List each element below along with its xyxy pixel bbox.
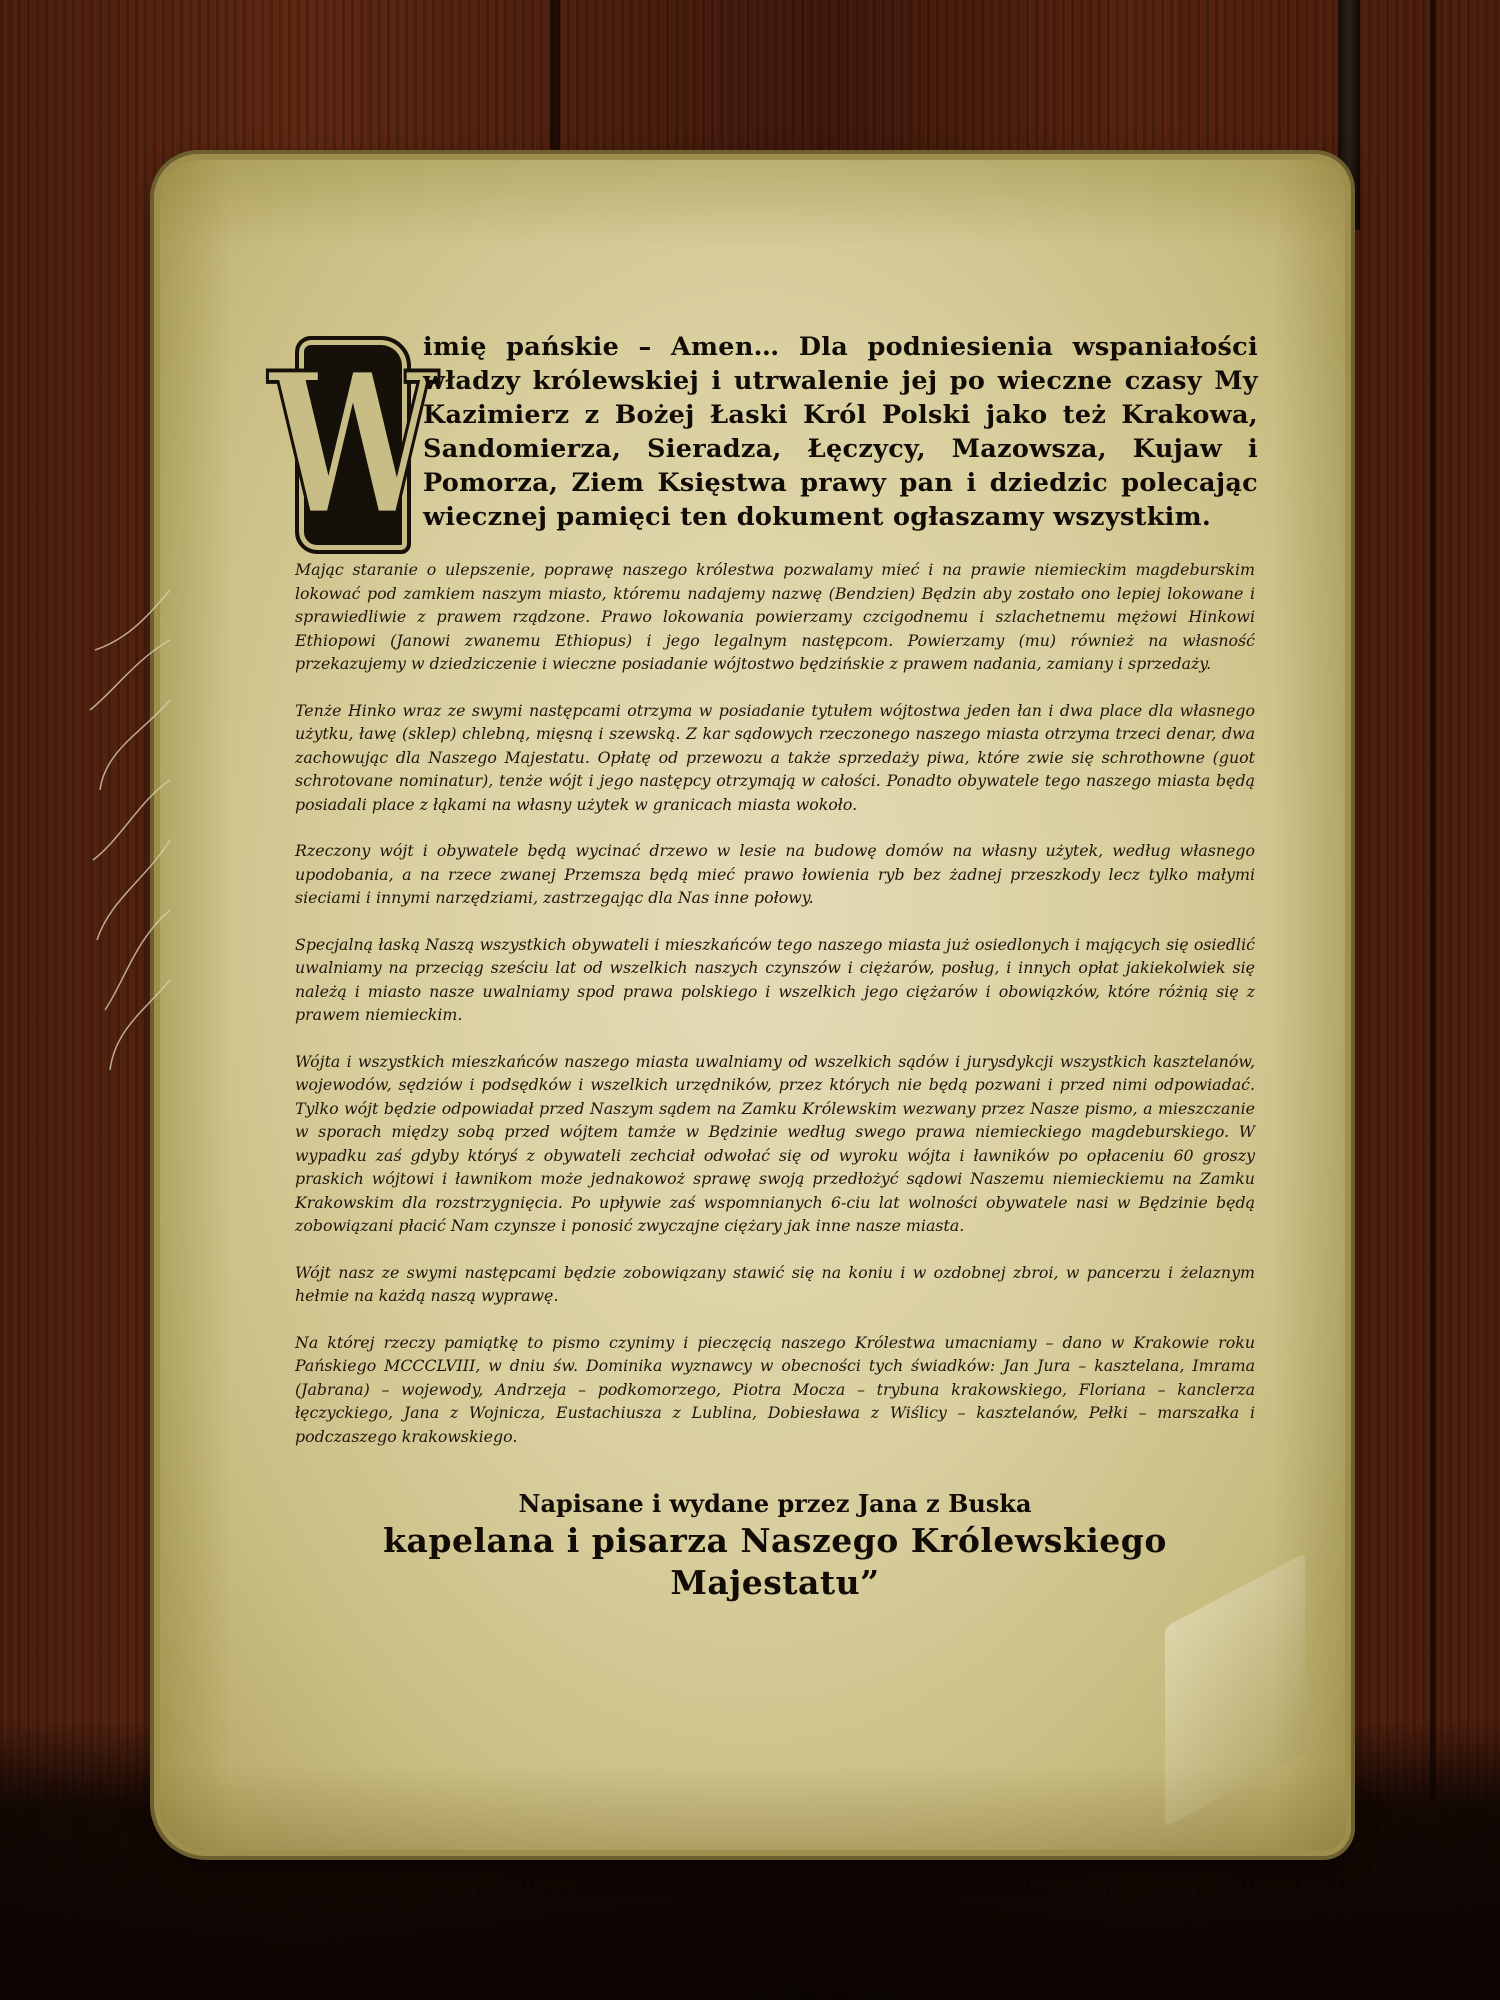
- body-paragraphs: Mając staranie o ulepszenie, poprawę nas…: [295, 558, 1255, 1448]
- drop-cap-letter: W: [269, 348, 437, 543]
- signature-line-2: kapelana i pisarza Naszego Królewskiego …: [295, 1520, 1255, 1604]
- document-content: W imię pańskie – Amen… Dla podniesienia …: [295, 330, 1255, 1604]
- signature-line-1: Napisane i wydane przez Jana z Buska: [295, 1488, 1255, 1520]
- paragraph: Mając staranie o ulepszenie, poprawę nas…: [295, 558, 1255, 676]
- illuminated-initial: W: [295, 336, 411, 554]
- signature-block: Napisane i wydane przez Jana z Buska kap…: [295, 1488, 1255, 1604]
- paragraph: Specjalną łaską Naszą wszystkich obywate…: [295, 933, 1255, 1027]
- wood-plank-seam: [1430, 0, 1436, 1800]
- frayed-threads-icon: [85, 580, 175, 1080]
- paragraph: Na której rzeczy pamiątkę to pismo czyni…: [295, 1331, 1255, 1449]
- paragraph: Wójta i wszystkich mieszkańców naszego m…: [295, 1050, 1255, 1238]
- intro-text: imię pańskie – Amen… Dla podniesienia ws…: [423, 330, 1258, 534]
- paragraph: Rzeczony wójt i obywatele będą wycinać d…: [295, 839, 1255, 910]
- paragraph: Tenże Hinko wraz ze swymi następcami otr…: [295, 699, 1255, 817]
- intro-block: W imię pańskie – Amen… Dla podniesienia …: [295, 330, 1255, 558]
- paragraph: Wójt nasz ze swymi następcami będzie zob…: [295, 1261, 1255, 1308]
